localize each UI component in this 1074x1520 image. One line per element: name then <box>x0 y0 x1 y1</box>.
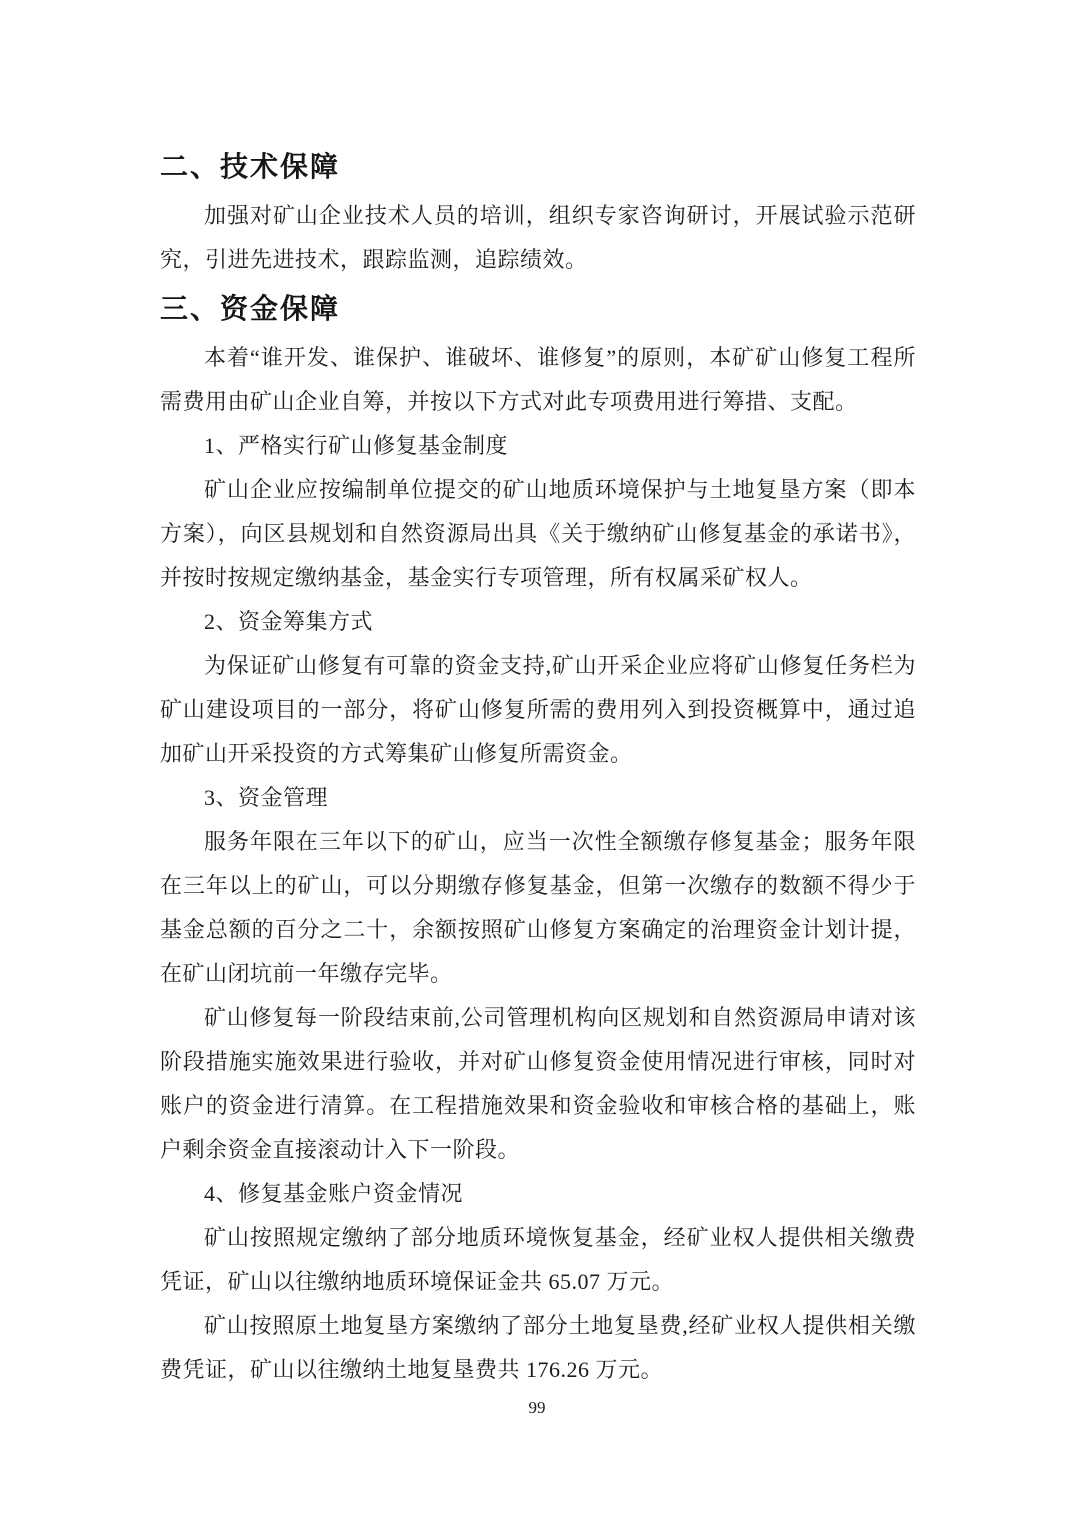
document-page: 二、技术保障 加强对矿山企业技术人员的培训，组织专家咨询研讨，开展试验示范研究，… <box>0 0 1074 1520</box>
subheading-item-2-fund-raising: 2、资金筹集方式 <box>160 600 916 644</box>
paragraph-fund-management-body-2: 矿山修复每一阶段结束前,公司管理机构向区规划和自然资源局申请对该阶段措施实施效果… <box>160 996 916 1172</box>
subheading-item-4-fund-account-status: 4、修复基金账户资金情况 <box>160 1172 916 1216</box>
section-heading-technical-support: 二、技术保障 <box>160 140 916 194</box>
paragraph-fund-account-body-2: 矿山按照原土地复垦方案缴纳了部分土地复垦费,经矿业权人提供相关缴费凭证，矿山以往… <box>160 1304 916 1392</box>
subheading-item-1-fund-system: 1、严格实行矿山修复基金制度 <box>160 424 916 468</box>
paragraph-fund-system-body: 矿山企业应按编制单位提交的矿山地质环境保护与土地复垦方案（即本方案），向区县规划… <box>160 468 916 600</box>
paragraph-fund-management-body-1: 服务年限在三年以下的矿山，应当一次性全额缴存修复基金；服务年限在三年以上的矿山，… <box>160 820 916 996</box>
paragraph-funding-principle: 本着“谁开发、谁保护、谁破坏、谁修复”的原则，本矿矿山修复工程所需费用由矿山企业… <box>160 336 916 424</box>
subheading-item-3-fund-management: 3、资金管理 <box>160 776 916 820</box>
page-number: 99 <box>0 1394 1074 1422</box>
document-content: 二、技术保障 加强对矿山企业技术人员的培训，组织专家咨询研讨，开展试验示范研究，… <box>0 0 1074 1392</box>
section-heading-funding-support: 三、资金保障 <box>160 282 916 336</box>
paragraph-fund-raising-body: 为保证矿山修复有可靠的资金支持,矿山开采企业应将矿山修复任务栏为矿山建设项目的一… <box>160 644 916 776</box>
paragraph-fund-account-body-1: 矿山按照规定缴纳了部分地质环境恢复基金，经矿业权人提供相关缴费凭证，矿山以往缴纳… <box>160 1216 916 1304</box>
paragraph-technical-support-body: 加强对矿山企业技术人员的培训，组织专家咨询研讨，开展试验示范研究，引进先进技术，… <box>160 194 916 282</box>
